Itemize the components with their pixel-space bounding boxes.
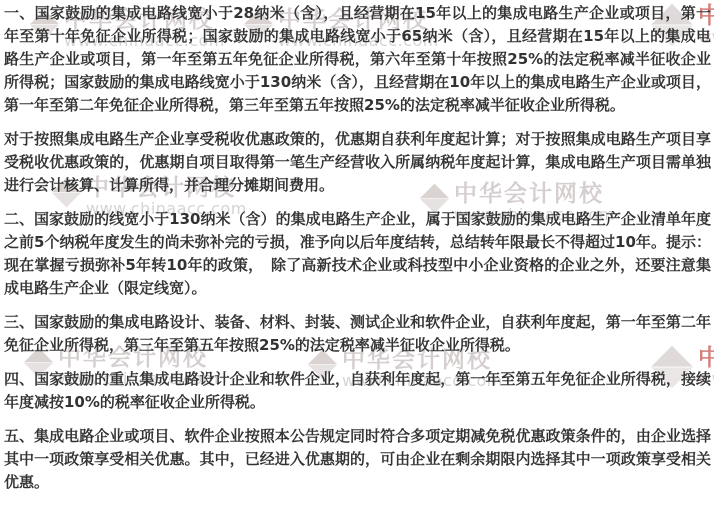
paragraph-3-item-two: 二、国家鼓励的线宽小于130纳米（含）的集成电路生产企业，属于国家鼓励的集成电路… <box>4 208 711 300</box>
paragraph-4-item-three: 三、国家鼓励的集成电路设计、装备、材料、封装、测试企业和软件企业，自获利年度起，… <box>4 311 711 357</box>
article-page: 中华会计网校 www.chinaacc.com 中华会计网校 www.china… <box>0 0 714 515</box>
paragraph-6-item-five: 五、集成电路企业或项目、软件企业按照本公告规定同时符合多项定期减免税优惠政策条件… <box>4 425 711 494</box>
paragraph-5-item-four: 四、国家鼓励的重点集成电路设计企业和软件企业，自获利年度起，第一年至第五年免征企… <box>4 368 711 414</box>
paragraph-1-item-one: 一、国家鼓励的集成电路线宽小于28纳米（含），且经营期在15年以上的集成电路生产… <box>4 2 711 117</box>
document-body: 一、国家鼓励的集成电路线宽小于28纳米（含），且经营期在15年以上的集成电路生产… <box>0 0 714 494</box>
paragraph-2-preference-period: 对于按照集成电路生产企业享受税收优惠政策的，优惠期自获利年度起计算；对于按照集成… <box>4 128 711 197</box>
